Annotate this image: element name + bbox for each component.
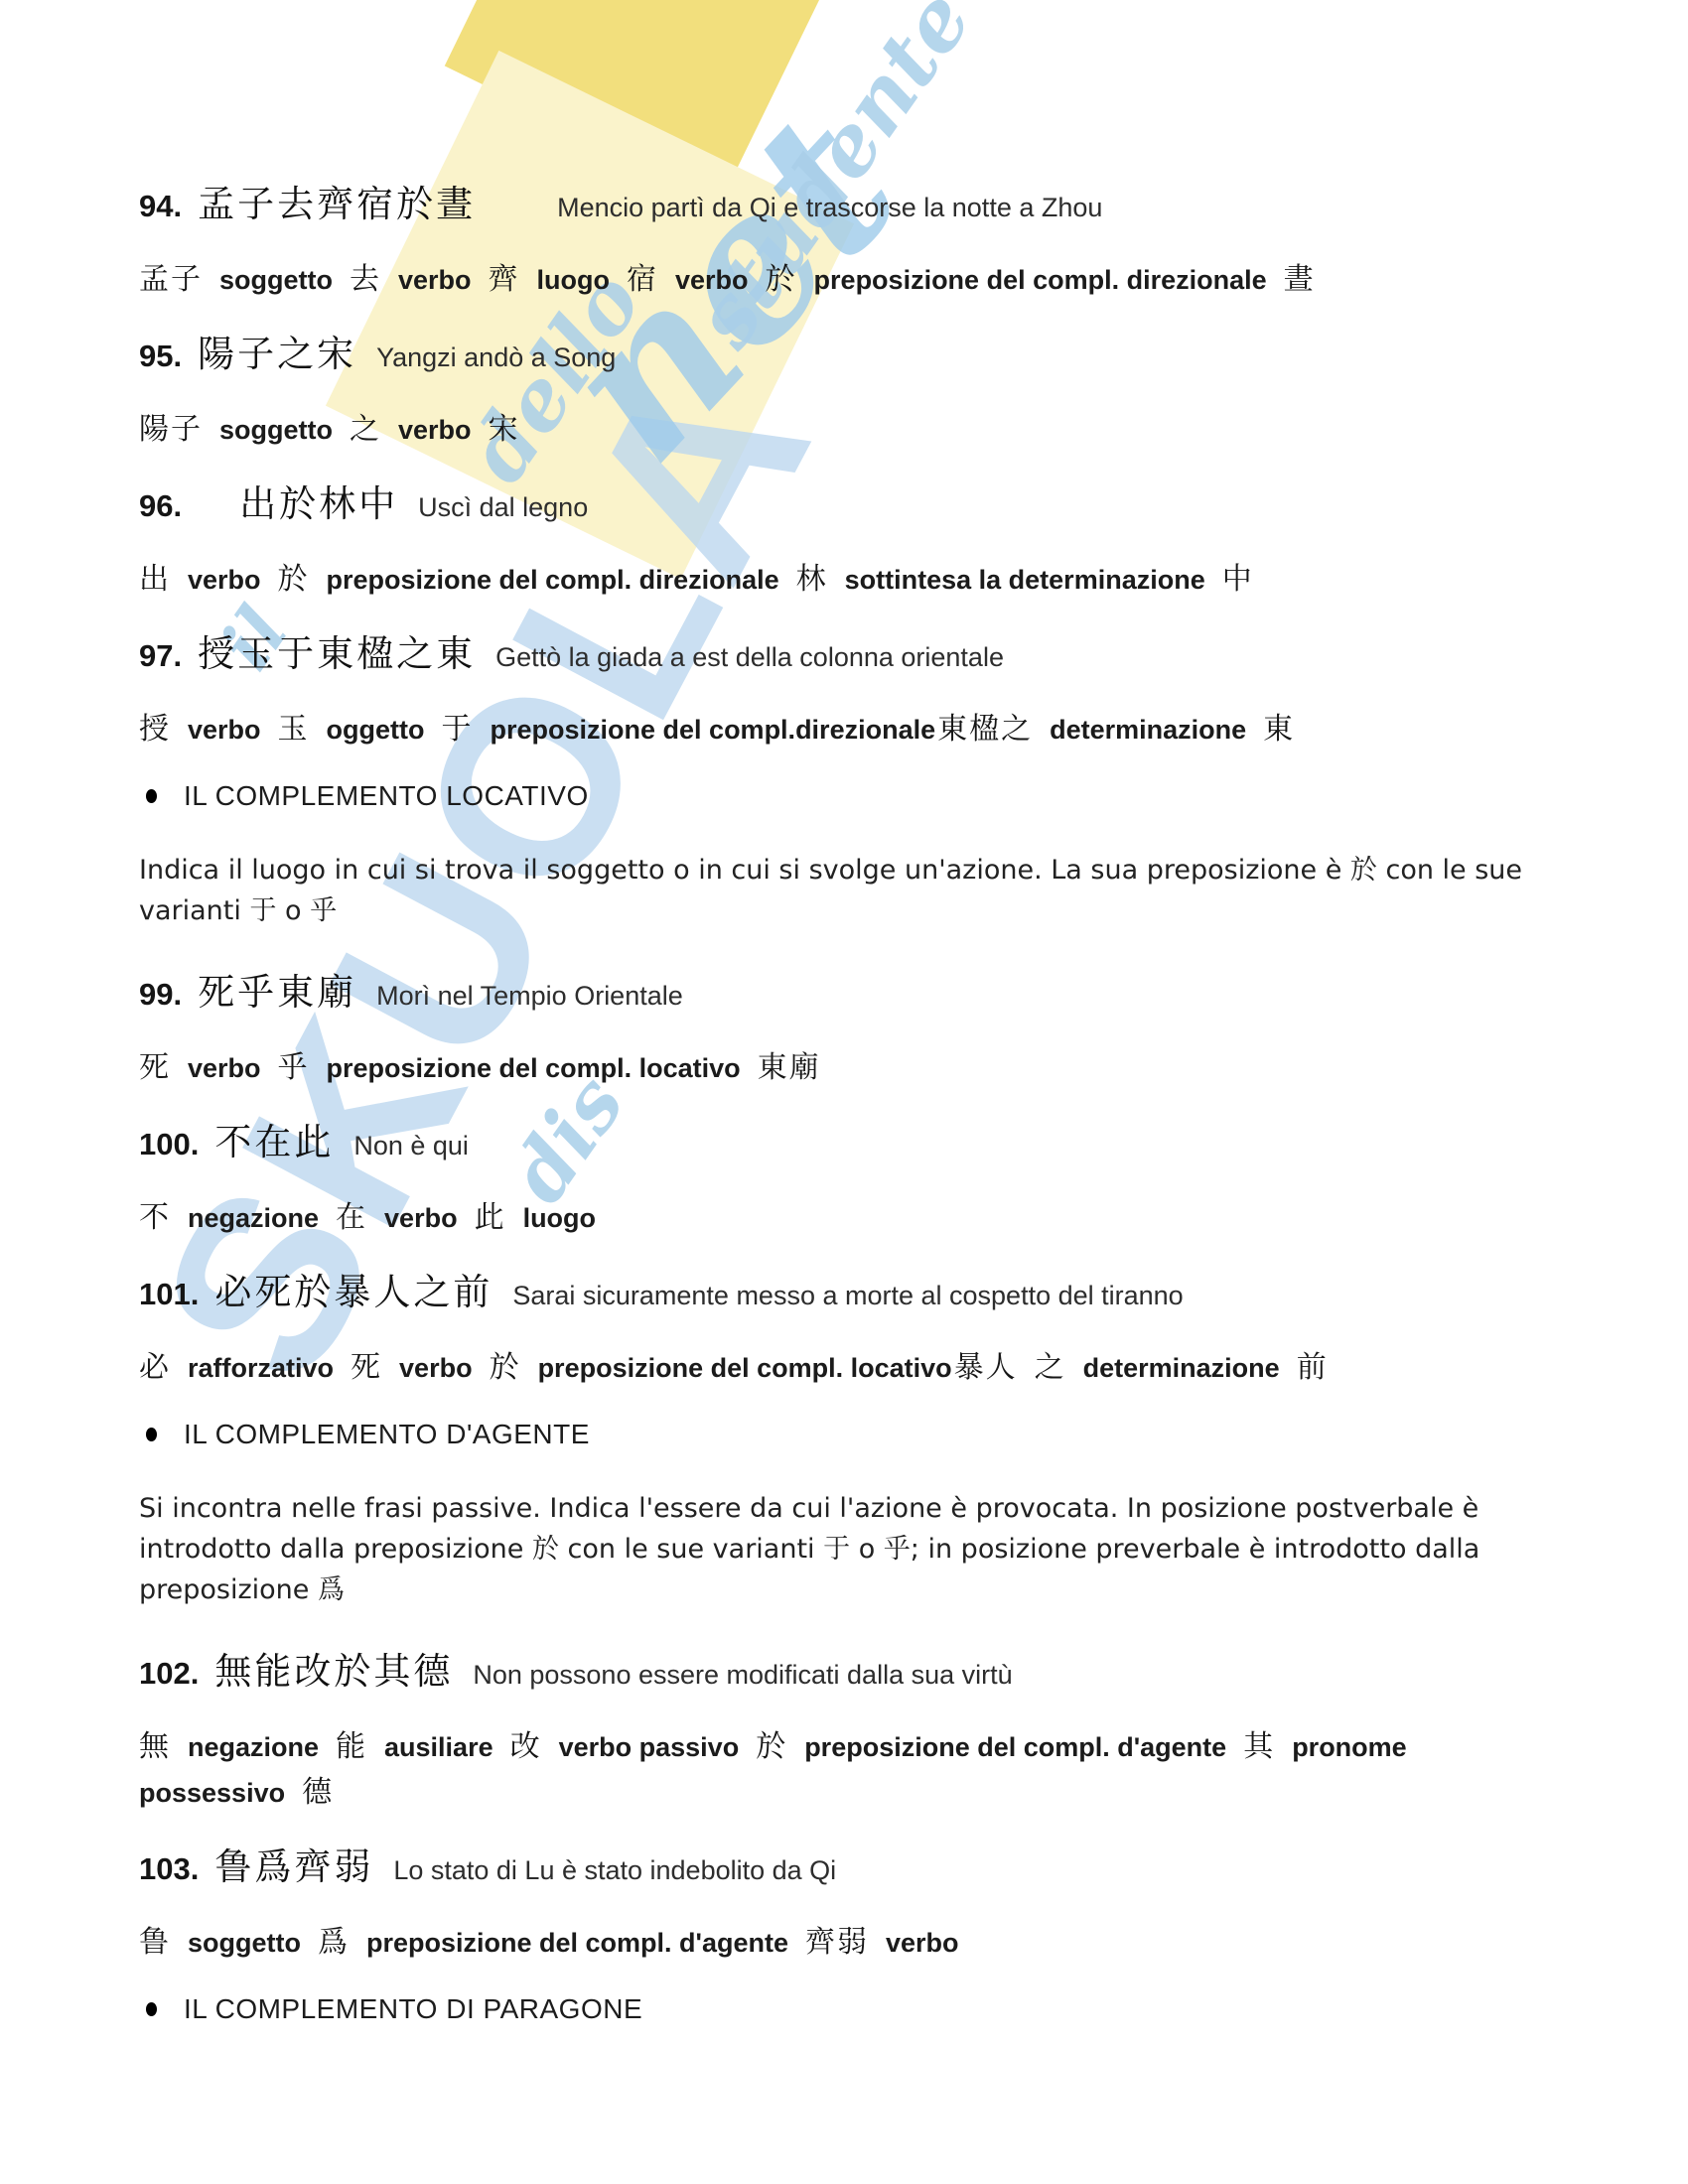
analysis-chinese: 孟子 xyxy=(139,262,203,297)
analysis-label: verbo passivo xyxy=(559,1732,740,1762)
grammar-item: 101.必死於暴人之前Sarai sicuramente messo a mor… xyxy=(139,1269,1559,1391)
document-page: 94.孟子去齊宿於晝Mencio partì da Qi e trascorse… xyxy=(0,0,1688,2025)
analysis-label: preposizione del compl. direzionale xyxy=(327,565,779,595)
item-number: 95. xyxy=(139,339,182,373)
item-heading: 100.不在此Non è qui xyxy=(139,1119,1559,1169)
item-translation: Sarai sicuramente messo a morte al cospe… xyxy=(512,1281,1183,1310)
item-translation: Gettò la giada a est della colonna orien… xyxy=(495,642,1004,672)
item-heading: 95.陽子之宋Yangzi andò a Song xyxy=(139,331,1559,381)
section-heading: IL COMPLEMENTO LOCATIVO xyxy=(184,780,589,812)
analysis-chinese: 暴人 xyxy=(954,1350,1018,1385)
grammar-item: 102.無能改於其德Non possono essere modificati … xyxy=(139,1648,1559,1816)
analysis-label: rafforzativo xyxy=(188,1353,334,1383)
analysis-chinese: 宿 xyxy=(627,262,658,297)
analysis-chinese: 前 xyxy=(1297,1350,1329,1385)
item-number: 100. xyxy=(139,1127,199,1161)
item-chinese-text: 必死於暴人之前 xyxy=(214,1271,492,1313)
analysis-label: negazione xyxy=(188,1732,319,1762)
analysis-chinese: 死 xyxy=(139,1050,171,1085)
analysis-chinese: 乎 xyxy=(278,1050,310,1085)
item-number: 103. xyxy=(139,1851,199,1886)
item-analysis: 出verbo於preposizione del compl. direziona… xyxy=(139,557,1559,603)
item-number: 96. xyxy=(139,488,182,523)
bullet-icon xyxy=(146,1428,157,1441)
grammar-item: 103.鲁爲齊弱Lo stato di Lu è stato indebolit… xyxy=(139,1843,1559,1966)
item-heading: 97.授玉于東楹之東Gettò la giada a est della col… xyxy=(139,630,1559,681)
analysis-label: verbo xyxy=(399,1353,473,1383)
section-bullet: IL COMPLEMENTO LOCATIVO xyxy=(139,780,1559,812)
analysis-chinese: 去 xyxy=(350,262,381,297)
analysis-chinese: 不 xyxy=(139,1200,171,1235)
analysis-chinese: 於 xyxy=(766,262,797,297)
analysis-label: verbo xyxy=(675,265,749,295)
analysis-chinese: 晝 xyxy=(1284,262,1316,297)
analysis-label: verbo xyxy=(188,565,261,595)
item-analysis: 無negazione能ausiliare改verbo passivo於prepo… xyxy=(139,1724,1559,1816)
item-number: 94. xyxy=(139,189,182,223)
analysis-chinese: 爲 xyxy=(318,1925,350,1960)
analysis-chinese: 死 xyxy=(351,1350,382,1385)
item-chinese-text: 孟子去齊宿於晝 xyxy=(198,183,476,225)
paragraph: Indica il luogo in cui si trova il sogge… xyxy=(139,850,1559,931)
bullet-icon xyxy=(146,2002,157,2016)
paragraph: Si incontra nelle frasi passive. Indica … xyxy=(139,1488,1559,1610)
item-chinese-text: 陽子之宋 xyxy=(198,333,356,375)
analysis-chinese: 玉 xyxy=(278,712,310,747)
analysis-label: determinazione xyxy=(1083,1353,1280,1383)
analysis-chinese: 出 xyxy=(139,562,171,597)
analysis-chinese: 陽子 xyxy=(139,412,203,447)
item-translation: Non possono essere modificati dalla sua … xyxy=(473,1660,1012,1690)
item-heading: 103.鲁爲齊弱Lo stato di Lu è stato indebolit… xyxy=(139,1843,1559,1894)
item-translation: Non è qui xyxy=(353,1131,469,1160)
analysis-chinese: 於 xyxy=(490,1350,521,1385)
item-chinese-text: 出於林中 xyxy=(239,482,398,525)
analysis-chinese: 齊 xyxy=(489,262,520,297)
analysis-chinese: 于 xyxy=(442,712,474,747)
analysis-label: preposizione del compl. d'agente xyxy=(804,1732,1226,1762)
item-heading: 102.無能改於其德Non possono essere modificati … xyxy=(139,1648,1559,1699)
analysis-label: verbo xyxy=(384,1203,458,1233)
analysis-label: preposizione del compl. direzionale xyxy=(814,265,1267,295)
analysis-label: preposizione del compl. locativo xyxy=(327,1053,741,1083)
item-analysis: 陽子soggetto之verbo宋 xyxy=(139,407,1559,453)
item-translation: Lo stato di Lu è stato indebolito da Qi xyxy=(393,1855,836,1885)
item-translation: Yangzi andò a Song xyxy=(376,342,616,372)
analysis-chinese: 德 xyxy=(302,1775,334,1810)
analysis-label: luogo xyxy=(537,265,610,295)
analysis-label: preposizione del compl. locativo xyxy=(538,1353,952,1383)
section-bullet: IL COMPLEMENTO DI PARAGONE xyxy=(139,1993,1559,2025)
analysis-chinese: 必 xyxy=(139,1350,171,1385)
analysis-chinese: 東廟 xyxy=(758,1050,821,1085)
analysis-label: preposizione del compl. d'agente xyxy=(366,1928,788,1958)
item-analysis: 必rafforzativo死verbo於preposizione del com… xyxy=(139,1345,1559,1391)
item-analysis: 鲁soggetto爲preposizione del compl. d'agen… xyxy=(139,1920,1559,1966)
item-analysis: 孟子soggetto去verbo齊luogo宿verbo於preposizion… xyxy=(139,257,1559,303)
bullet-icon xyxy=(146,789,157,803)
item-analysis: 死verbo乎preposizione del compl. locativo東… xyxy=(139,1045,1559,1091)
analysis-label: negazione xyxy=(188,1203,319,1233)
section-heading: IL COMPLEMENTO DI PARAGONE xyxy=(184,1993,642,2025)
item-chinese-text: 無能改於其德 xyxy=(214,1650,453,1693)
analysis-label: verbo xyxy=(398,415,472,445)
analysis-chinese: 在 xyxy=(336,1200,367,1235)
analysis-chinese: 宋 xyxy=(489,412,520,447)
section-heading: IL COMPLEMENTO D'AGENTE xyxy=(184,1419,590,1450)
analysis-chinese: 其 xyxy=(1243,1729,1275,1764)
analysis-label: luogo xyxy=(523,1203,596,1233)
analysis-chinese: 中 xyxy=(1222,562,1254,597)
item-analysis: 不negazione在verbo此luogo xyxy=(139,1195,1559,1241)
item-chinese-text: 授玉于東楹之東 xyxy=(198,632,476,675)
analysis-chinese: 東楹之 xyxy=(937,712,1033,747)
item-translation: Mencio partì da Qi e trascorse la notte … xyxy=(557,193,1102,222)
grammar-item: 95.陽子之宋Yangzi andò a Song陽子soggetto之verb… xyxy=(139,331,1559,453)
item-number: 97. xyxy=(139,638,182,673)
analysis-chinese: 於 xyxy=(756,1729,787,1764)
grammar-item: 96.出於林中Uscì dal legno出verbo於preposizione… xyxy=(139,480,1559,603)
section-bullet: IL COMPLEMENTO D'AGENTE xyxy=(139,1419,1559,1450)
item-heading: 96.出於林中Uscì dal legno xyxy=(139,480,1559,531)
analysis-label: determinazione xyxy=(1050,715,1246,745)
item-chinese-text: 死乎東廟 xyxy=(198,971,356,1014)
item-heading: 94.孟子去齊宿於晝Mencio partì da Qi e trascorse… xyxy=(139,181,1559,231)
grammar-item: 99.死乎東廟Morì nel Tempio Orientale死verbo乎p… xyxy=(139,969,1559,1091)
analysis-label: verbo xyxy=(398,265,472,295)
item-heading: 101.必死於暴人之前Sarai sicuramente messo a mor… xyxy=(139,1269,1559,1319)
item-heading: 99.死乎東廟Morì nel Tempio Orientale xyxy=(139,969,1559,1020)
analysis-chinese: 此 xyxy=(475,1200,506,1235)
analysis-label: preposizione del compl.direzionale xyxy=(491,715,936,745)
item-number: 99. xyxy=(139,977,182,1012)
analysis-chinese: 之 xyxy=(350,412,381,447)
grammar-item: 94.孟子去齊宿於晝Mencio partì da Qi e trascorse… xyxy=(139,181,1559,303)
analysis-chinese: 鲁 xyxy=(139,1925,171,1960)
item-number: 102. xyxy=(139,1656,199,1691)
analysis-label: sottintesa la determinazione xyxy=(845,565,1205,595)
analysis-chinese: 無 xyxy=(139,1729,171,1764)
analysis-label: soggetto xyxy=(219,415,333,445)
analysis-label: soggetto xyxy=(188,1928,301,1958)
analysis-chinese: 授 xyxy=(139,712,171,747)
grammar-item: 97.授玉于東楹之東Gettò la giada a est della col… xyxy=(139,630,1559,752)
analysis-chinese: 林 xyxy=(796,562,828,597)
analysis-chinese: 改 xyxy=(510,1729,542,1764)
analysis-chinese: 東 xyxy=(1263,712,1295,747)
analysis-label: verbo xyxy=(188,715,261,745)
item-chinese-text: 不在此 xyxy=(214,1121,334,1163)
item-translation: Uscì dal legno xyxy=(418,492,588,522)
analysis-chinese: 於 xyxy=(278,562,310,597)
item-chinese-text: 鲁爲齊弱 xyxy=(214,1845,373,1888)
analysis-label: oggetto xyxy=(327,715,425,745)
item-analysis: 授verbo玉oggetto于preposizione del compl.di… xyxy=(139,707,1559,752)
analysis-chinese: 能 xyxy=(336,1729,367,1764)
analysis-chinese: 齊弱 xyxy=(805,1925,869,1960)
item-translation: Morì nel Tempio Orientale xyxy=(376,981,683,1011)
analysis-label: ausiliare xyxy=(384,1732,493,1762)
grammar-item: 100.不在此Non è qui不negazione在verbo此luogo xyxy=(139,1119,1559,1241)
analysis-label: soggetto xyxy=(219,265,333,295)
analysis-chinese: 之 xyxy=(1035,1350,1066,1385)
item-number: 101. xyxy=(139,1277,199,1311)
analysis-label: verbo xyxy=(886,1928,959,1958)
analysis-label: verbo xyxy=(188,1053,261,1083)
